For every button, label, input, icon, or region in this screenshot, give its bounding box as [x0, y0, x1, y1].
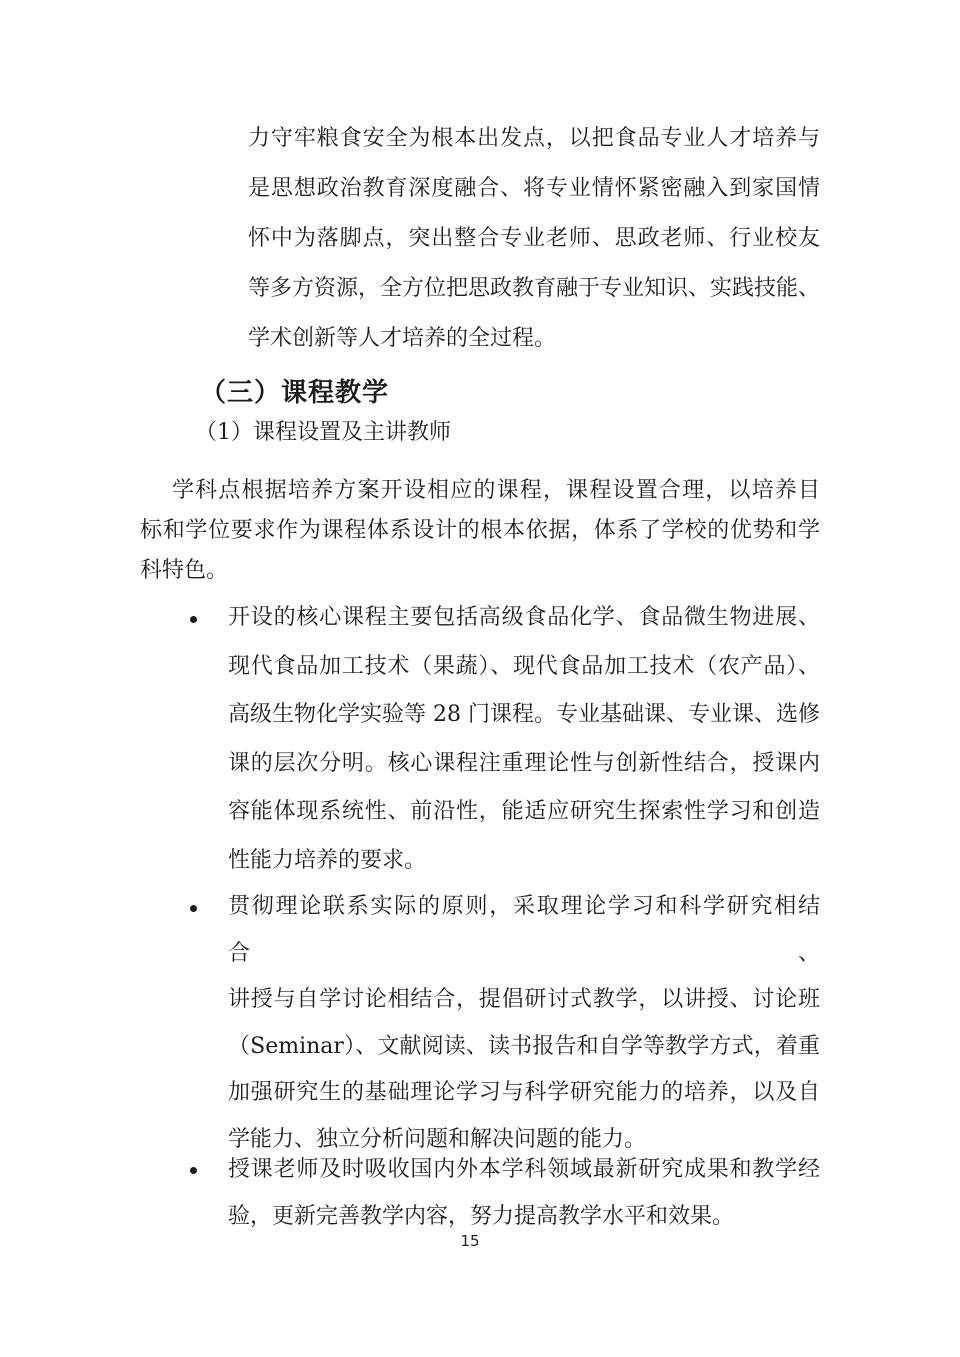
- text-line: 怀中为落脚点，突出整合专业老师、思政老师、行业校友: [248, 214, 820, 264]
- text-line: 贯彻理论联系实际的原则，采取理论学习和科学研究相结合、: [228, 884, 820, 977]
- text-line: 力守牢粮食安全为根本出发点，以把食品专业人才培养与: [248, 114, 820, 164]
- bullet-icon: [190, 616, 197, 623]
- text-line: 课的层次分明。核心课程注重理论性与创新性结合，授课内: [228, 740, 820, 789]
- bullet-item: 开设的核心课程主要包括高级食品化学、食品微生物进展、现代食品加工技术（果蔬）、现…: [228, 594, 820, 885]
- text-line: 高级生物化学实验等 28 门课程。专业基础课、专业课、选修: [228, 691, 820, 740]
- text-line: 学术创新等人才培养的全过程。: [248, 314, 820, 364]
- text-line: 加强研究生的基础理论学习与科学研究能力的培养，以及自: [228, 1070, 820, 1117]
- text-line: 等多方资源，全方位把思政教育融于专业知识、实践技能、: [248, 264, 820, 314]
- text-line: 开设的核心课程主要包括高级食品化学、食品微生物进展、: [228, 594, 820, 643]
- overview-paragraph: 学科点根据培养方案开设相应的课程，课程设置合理，以培养目标和学位要求作为课程体系…: [140, 471, 820, 591]
- page-number: 15: [140, 1232, 800, 1250]
- text-line: 讲授与自学讨论相结合，提倡研讨式教学，以讲授、讨论班: [228, 977, 820, 1024]
- intro-paragraph: 力守牢粮食安全为根本出发点，以把食品专业人才培养与是思想政治教育深度融合、将专业…: [248, 114, 820, 364]
- bullet-item: 贯彻理论联系实际的原则，采取理论学习和科学研究相结合、讲授与自学讨论相结合，提倡…: [228, 884, 820, 1163]
- text-line: （Seminar）、文献阅读、读书报告和自学等教学方式，着重: [228, 1024, 820, 1071]
- text-line: 科特色。: [140, 551, 820, 591]
- text-line: 授课老师及时吸收国内外本学科领域最新研究成果和教学经: [228, 1146, 820, 1193]
- text-line: 是思想政治教育深度融合、将专业情怀紧密融入到家国情: [248, 164, 820, 214]
- text-line: 学科点根据培养方案开设相应的课程，课程设置合理，以培养目: [140, 471, 820, 511]
- bullet-item: 授课老师及时吸收国内外本学科领域最新研究成果和教学经验，更新完善教学内容，努力提…: [228, 1146, 820, 1240]
- bullet-icon: [190, 905, 197, 912]
- text-line: 现代食品加工技术（果蔬）、现代食品加工技术（农产品）、: [228, 643, 820, 692]
- bullet-icon: [190, 1167, 197, 1174]
- sub-heading: （1）课程设置及主讲教师: [195, 417, 451, 449]
- text-line: 容能体现系统性、前沿性，能适应研究生探索性学习和创造: [228, 788, 820, 837]
- section-heading: （三）课程教学: [200, 376, 389, 410]
- text-line: 标和学位要求作为课程体系设计的根本依据，体系了学校的优势和学: [140, 511, 820, 551]
- text-line: 性能力培养的要求。: [228, 837, 820, 886]
